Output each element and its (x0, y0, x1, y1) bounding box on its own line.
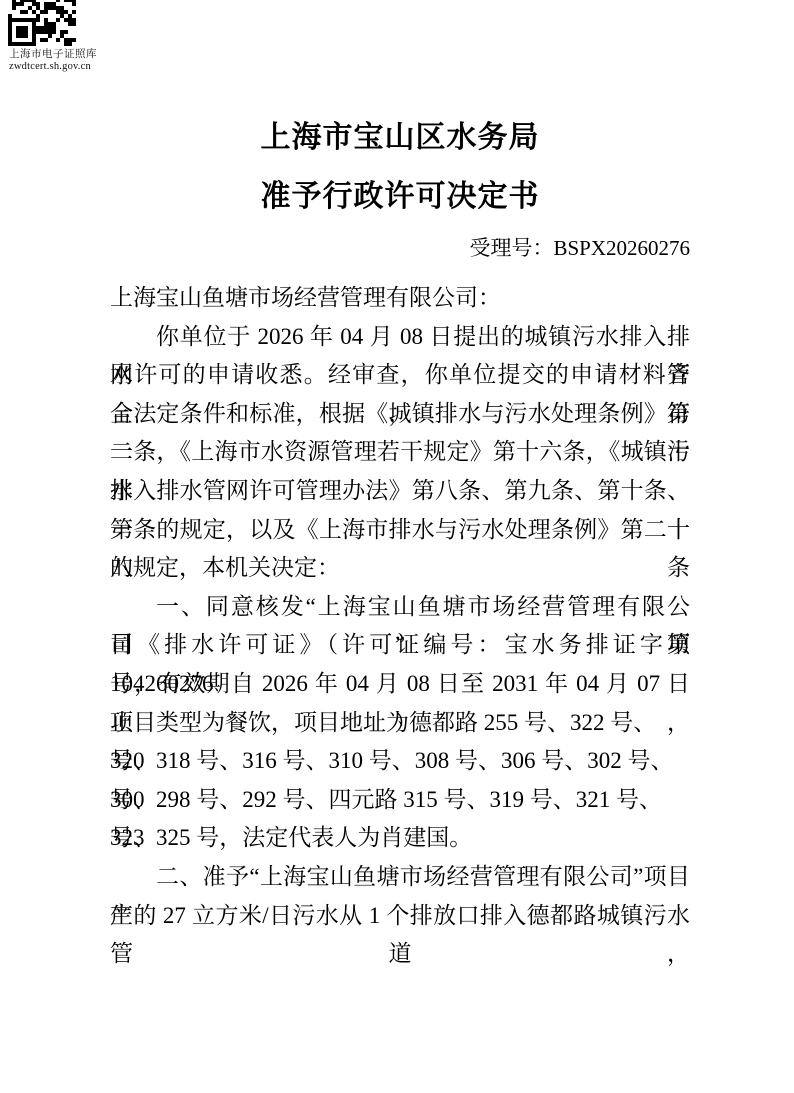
acceptance-label: 受理号： (469, 236, 553, 260)
body-line: 合法定条件和标准，根据《城镇排水与污水处理条例》第二十 (110, 395, 690, 434)
body-text: 上海宝山鱼塘市场经营管理有限公司：你单位于 2026 年 04 月 08 日提出… (110, 279, 690, 935)
body-line: 号、325 号，法定代表人为肖建国。 (110, 819, 690, 858)
body-line: 二、准予“上海宝山鱼塘市场经营管理有限公司”项目产 (110, 858, 690, 897)
body-line: 一条的规定，以及《上海市排水与污水处理条例》第二十八条 (110, 511, 690, 550)
agency-title: 上海市宝山区水务局 (110, 120, 690, 156)
body-line: 排入排水管网许可管理办法》第八条、第九条、第十条、第十 (110, 472, 690, 511)
acceptance-value: BSPX20260276 (553, 236, 690, 260)
body-line: 你单位于 2026 年 04 月 08 日提出的城镇污水排入排水管 (110, 318, 690, 357)
document-title: 准予行政许可决定书 (110, 179, 690, 215)
body-line: 上海宝山鱼塘市场经营管理有限公司： (110, 279, 690, 318)
qr-library-label: 上海市电子证照库 (9, 49, 129, 61)
body-line: 一、同意核发“上海宝山鱼塘市场经营管理有限公司”项 (110, 588, 690, 627)
qr-code-icon (8, 0, 80, 48)
body-line: 一条，《上海市水资源管理若干规定》第十六条，《城镇污水 (110, 433, 690, 472)
body-line: 项目类型为餐饮，项目地址为德都路 255 号、322 号、320 (110, 704, 690, 743)
body-line: 生的 27 立方米/日污水从 1 个排放口排入德都路城镇污水管道， (110, 897, 690, 936)
document-page: 上海市电子证照库 zwdtcert.sh.gov.cn 上海市宝山区水务局 准予… (0, 0, 794, 1093)
body-line: 目《排水许可证》（许可证编号：宝水务排证字第 104260276 (110, 626, 690, 665)
body-line: 号，有效期自 2026 年 04 月 08 日至 2031 年 04 月 07 … (110, 665, 690, 704)
body-line: 网许可的申请收悉。经审查，你单位提交的申请材料齐全，符 (110, 356, 690, 395)
qr-url-label: zwdtcert.sh.gov.cn (9, 61, 129, 73)
body-line: 号、318 号、316 号、310 号、308 号、306 号、302 号、30… (110, 742, 690, 781)
body-line: 号、298 号、292 号、四元路 315 号、319 号、321 号、323 (110, 781, 690, 820)
acceptance-number: 受理号：BSPX20260276 (469, 234, 690, 262)
